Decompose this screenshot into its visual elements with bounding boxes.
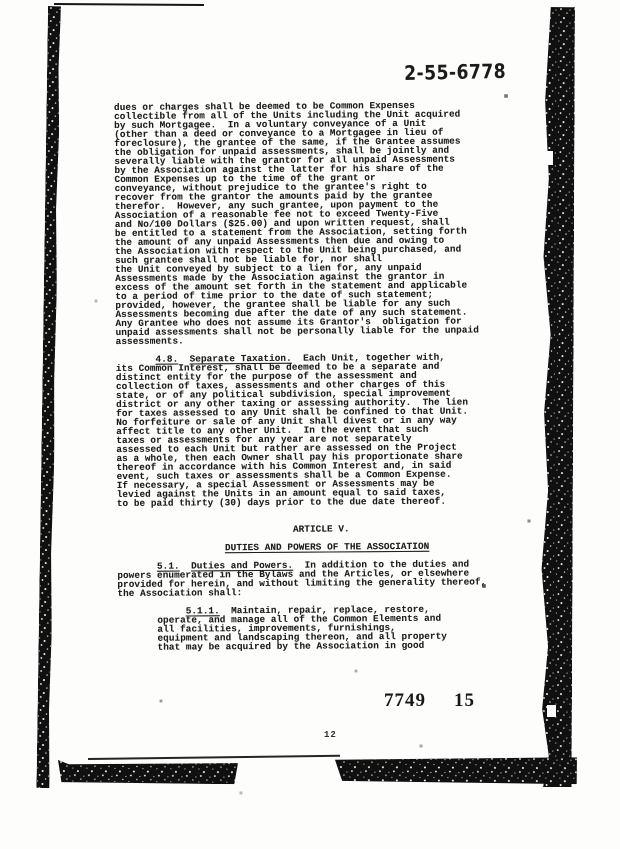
- scan-right-edge-notch: [544, 151, 553, 165]
- page-number: 12: [324, 730, 337, 740]
- scan-bottom-right-edge: [335, 756, 577, 784]
- text-segment: [117, 542, 225, 554]
- scan-right-edge-notch: [547, 705, 556, 717]
- stamp-number-right: 15: [454, 690, 475, 712]
- text-segment: the Association shall:: [117, 587, 242, 599]
- text-segment: that may be acquired by the Association …: [118, 640, 425, 653]
- text-segment: assessments.: [116, 336, 184, 347]
- underlined-text: DUTIES AND POWERS OF THE ASSOCIATION: [225, 541, 429, 553]
- scanned-page: { "page": { "microfilm_number": "2-55-67…: [0, 0, 620, 849]
- stamp-number-left: 7749: [384, 690, 426, 712]
- microfilm-number-stamp: 2-55-6778: [404, 59, 506, 85]
- recorder-stamp: 7749 15: [384, 690, 475, 712]
- document-text: dues or charges shall be deemed to be Co…: [114, 100, 528, 652]
- text-segment: ARTICLE V.: [117, 523, 350, 536]
- text-segment: to be paid thirty (30) days prior to the…: [117, 496, 446, 509]
- scan-noise-specks: [0, 0, 2, 2]
